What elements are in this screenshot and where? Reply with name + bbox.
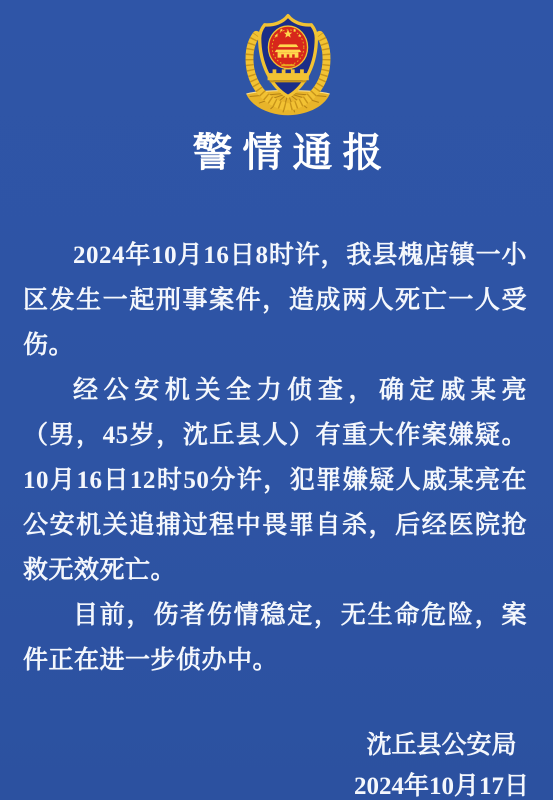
signature-issuer: 沈丘县公安局 <box>354 725 529 766</box>
police-emblem-icon <box>11 13 553 120</box>
signature-date: 2024年10月17日 <box>354 766 529 800</box>
notice-title: 警情通报 <box>11 127 553 179</box>
notice-paragraph: 目前，伤者伤情稳定，无生命危险，案件正在进一步侦办中。 <box>23 593 527 683</box>
notice-body: 2024年10月16日8时许，我县槐店镇一小区发生一起刑事案件，造成两人死亡一人… <box>23 233 527 683</box>
notice-paragraph: 2024年10月16日8时许，我县槐店镇一小区发生一起刑事案件，造成两人死亡一人… <box>23 233 527 368</box>
notice-paragraph: 经公安机关全力侦查，确定戚某亮（男，45岁，沈丘县人）有重大作案嫌疑。10月16… <box>23 368 527 593</box>
police-notice-page: { "theme": { "background": "#2e54a4", "t… <box>0 0 553 800</box>
signature-block: 沈丘县公安局 2024年10月17日 <box>354 725 529 800</box>
notice-header: 警情通报 <box>11 0 553 179</box>
